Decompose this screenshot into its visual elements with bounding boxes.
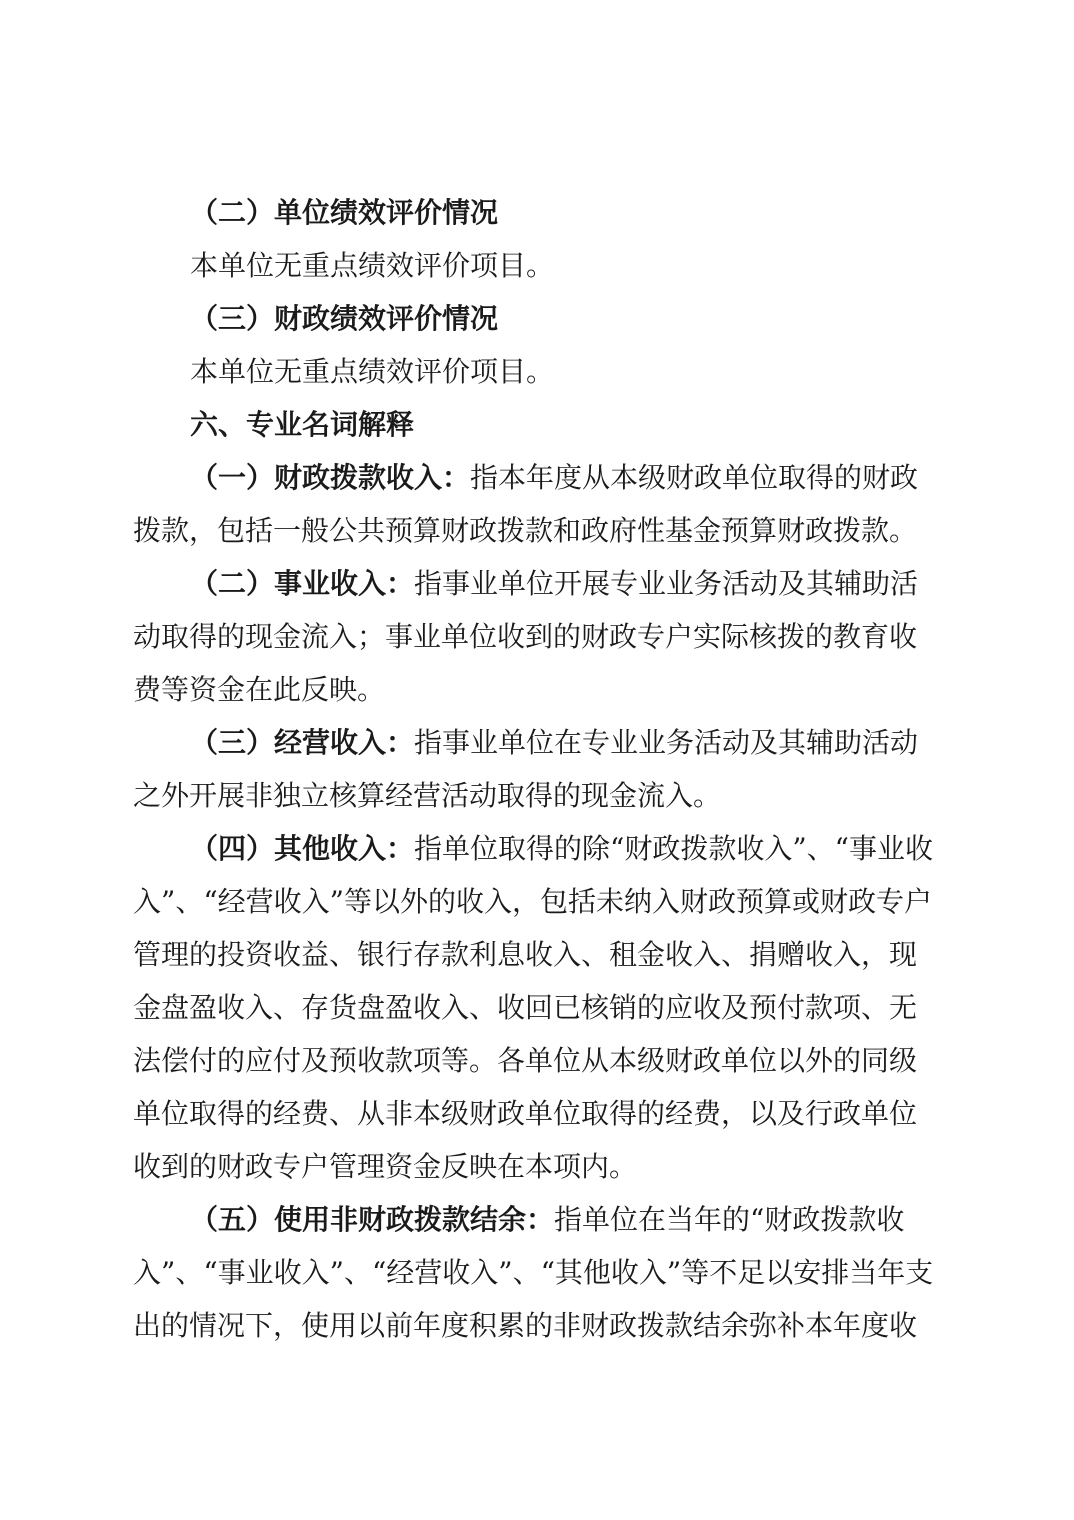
- definition-text: 出的情况下，使用以前年度积累的非财政拨款结余弥补本年度收: [133, 1299, 945, 1352]
- definition-text: 指本年度从本级财政单位取得的财政: [470, 461, 918, 494]
- definition-text: 动取得的现金流入；事业单位收到的财政专户实际核拨的教育收: [133, 610, 945, 663]
- body-text: 本单位无重点绩效评价项目。: [133, 239, 945, 292]
- term: （三）经营收入：: [190, 726, 414, 759]
- definition-text: 法偿付的应付及预收款项等。各单位从本级财政单位以外的同级: [133, 1034, 945, 1087]
- body-text: 本单位无重点绩效评价项目。: [133, 345, 945, 398]
- definition-other-income: （四）其他收入：指单位取得的除“财政拨款收入”、“事业收 入”、“经营收入”等以…: [133, 822, 945, 1193]
- term: （四）其他收入：: [190, 832, 414, 865]
- definition-text: 指事业单位在专业业务活动及其辅助活动: [414, 726, 918, 759]
- definition-text: 指单位在当年的“财政拨款收: [554, 1203, 904, 1236]
- definition-text: 指单位取得的除“财政拨款收入”、“事业收: [414, 832, 933, 865]
- definition-text: 收到的财政专户管理资金反映在本项内。: [133, 1140, 945, 1193]
- definition-text: 入”、“经营收入”等以外的收入，包括未纳入财政预算或财政专户: [133, 875, 945, 928]
- term: （一）财政拨款收入：: [190, 461, 470, 494]
- subheading-unit-evaluation: （二）单位绩效评价情况: [133, 186, 945, 239]
- definition-operating-income: （三）经营收入：指事业单位在专业业务活动及其辅助活动 之外开展非独立核算经营活动…: [133, 716, 945, 822]
- subheading-finance-evaluation: （三）财政绩效评价情况: [133, 292, 945, 345]
- definition-business-income: （二）事业收入：指事业单位开展专业业务活动及其辅助活 动取得的现金流入；事业单位…: [133, 557, 945, 716]
- section-heading-glossary: 六、专业名词解释: [133, 398, 945, 451]
- definition-text: 费等资金在此反映。: [133, 663, 945, 716]
- definition-text: 管理的投资收益、银行存款利息收入、租金收入、捐赠收入，现: [133, 928, 945, 981]
- definition-text: 入”、“事业收入”、“经营收入”、“其他收入”等不足以安排当年支: [133, 1246, 945, 1299]
- document-page: （二）单位绩效评价情况 本单位无重点绩效评价项目。 （三）财政绩效评价情况 本单…: [133, 186, 945, 1352]
- definition-fiscal-appropriation: （一）财政拨款收入：指本年度从本级财政单位取得的财政 拨款，包括一般公共预算财政…: [133, 451, 945, 557]
- definition-text: 指事业单位开展专业业务活动及其辅助活: [414, 567, 918, 600]
- definition-text: 拨款，包括一般公共预算财政拨款和政府性基金预算财政拨款。: [133, 504, 945, 557]
- definition-text: 单位取得的经费、从非本级财政单位取得的经费，以及行政单位: [133, 1087, 945, 1140]
- definition-text: 金盘盈收入、存货盘盈收入、收回已核销的应收及预付款项、无: [133, 981, 945, 1034]
- term: （二）事业收入：: [190, 567, 414, 600]
- definition-text: 之外开展非独立核算经营活动取得的现金流入。: [133, 769, 945, 822]
- definition-non-fiscal-balance: （五）使用非财政拨款结余：指单位在当年的“财政拨款收 入”、“事业收入”、“经营…: [133, 1193, 945, 1352]
- term: （五）使用非财政拨款结余：: [190, 1203, 554, 1236]
